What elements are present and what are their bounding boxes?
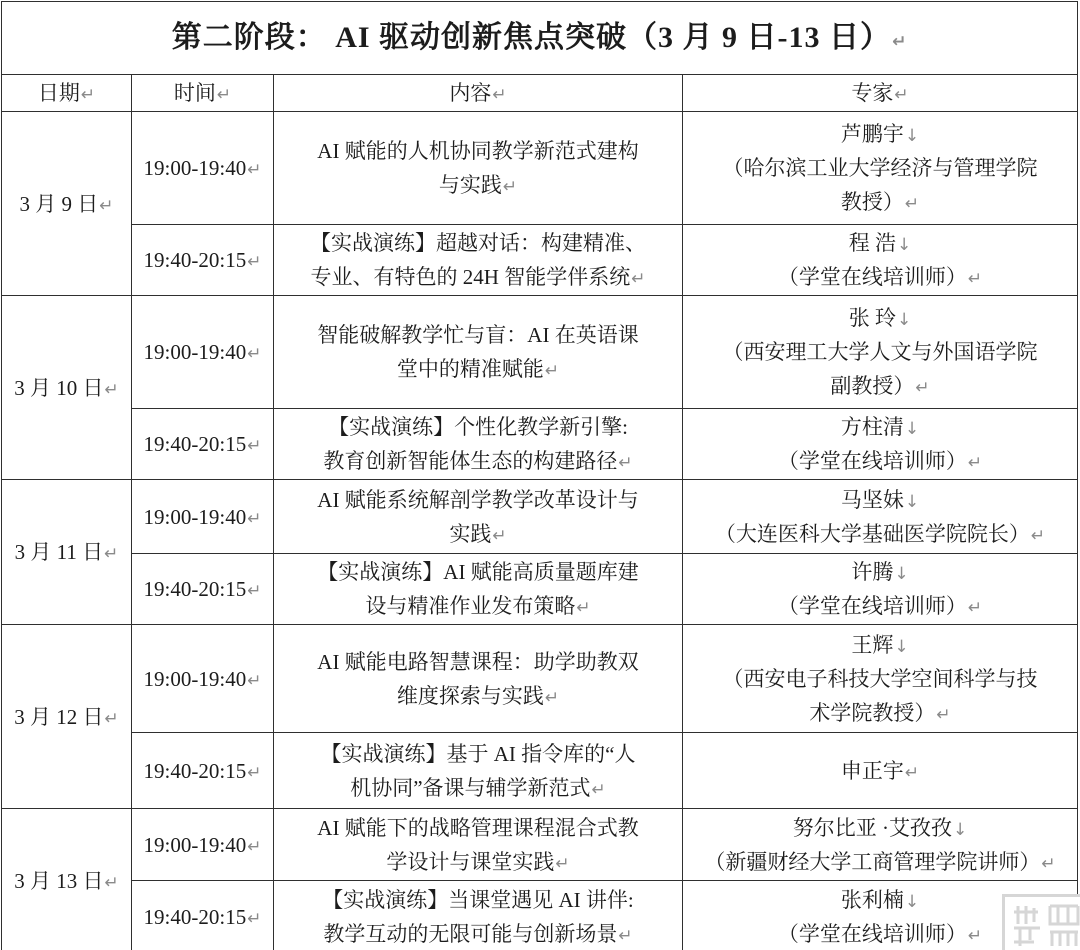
time-cell: 19:40-20:15↵	[132, 881, 274, 950]
linebreak-mark: ↓	[904, 419, 919, 439]
time-cell: 19:00-19:40↵	[132, 480, 274, 554]
paragraph-mark: ↵	[246, 763, 261, 783]
expert-name: 张利楠	[841, 888, 904, 912]
table-row: 19:40-20:15↵【实战演练】个性化教学新引擎:教育创新智能体生态的构建路…	[2, 409, 1078, 480]
content-line: 【实战演练】AI 赋能高质量题库建	[317, 560, 638, 584]
paragraph-mark: ↵	[491, 526, 506, 546]
paragraph-mark: ↵	[246, 837, 261, 857]
content-cell: AI 赋能下的战略管理课程混合式教学设计与课堂实践↵	[274, 809, 683, 881]
expert-name: 程 浩	[849, 231, 896, 255]
linebreak-mark: ↓	[896, 310, 911, 330]
linebreak-mark: ↓	[904, 126, 919, 146]
expert-cell: 王辉↓（西安电子科技大学空间科学与技术学院教授）↵	[683, 625, 1078, 733]
paragraph-mark: ↵	[491, 85, 506, 105]
time-cell: 19:00-19:40↵	[132, 112, 274, 225]
column-header-time: 时间↵	[132, 75, 274, 112]
paragraph-mark: ↵	[246, 160, 261, 180]
expert-name: 申正宇	[841, 759, 904, 783]
time-cell: 19:40-20:15↵	[132, 554, 274, 625]
time-cell: 19:40-20:15↵	[132, 409, 274, 480]
paragraph-mark: ↵	[216, 85, 231, 105]
content-line: AI 赋能电路智慧课程：助学助教双	[317, 650, 638, 674]
time-text: 19:00-19:40	[144, 340, 247, 364]
expert-affiliation-line: 教授）	[841, 190, 904, 214]
content-cell: 【实战演练】个性化教学新引擎:教育创新智能体生态的构建路径↵	[274, 409, 683, 480]
expert-affiliation-line: （哈尔滨工业大学经济与管理学院	[723, 156, 1038, 180]
expert-cell: 张 玲↓（西安理工大学人文与外国语学院副教授）↵	[683, 296, 1078, 409]
paragraph-mark: ↵	[104, 380, 119, 400]
linebreak-mark: ↓	[904, 892, 919, 912]
content-line: 【实战演练】基于 AI 指令库的“人	[321, 742, 636, 766]
paragraph-mark: ↵	[544, 688, 559, 708]
expert-affiliation-line: 术学院教授）	[809, 701, 935, 725]
paragraph-mark: ↵	[967, 598, 982, 618]
content-line: 机协同”备课与辅学新范式	[350, 776, 590, 800]
table-row: 19:40-20:15↵【实战演练】当课堂遇见 AI 讲伴:教学互动的无限可能与…	[2, 881, 1078, 950]
time-text: 19:40-20:15	[144, 248, 247, 272]
content-line: 【实战演练】个性化教学新引擎:	[328, 415, 628, 439]
content-line: AI 赋能下的战略管理课程混合式教	[317, 816, 638, 840]
seal-watermark-icon	[1002, 894, 1080, 950]
time-text: 19:40-20:15	[144, 577, 247, 601]
content-line: 设与精准作业发布策略	[365, 594, 575, 618]
expert-cell: 申正宇↵	[683, 733, 1078, 809]
column-header-content: 内容↵	[274, 75, 683, 112]
table-row: 第二阶段： AI 驱动创新焦点突破（3 月 9 日-13 日）↵	[2, 2, 1078, 75]
table-row: 19:40-20:15↵【实战演练】AI 赋能高质量题库建设与精准作业发布策略↵…	[2, 554, 1078, 625]
content-line: 【实战演练】超越对话：构建精准、	[310, 231, 646, 255]
expert-affiliation-line: （学堂在线培训师）	[778, 594, 967, 618]
paragraph-mark: ↵	[914, 378, 929, 398]
schedule-page: 第二阶段： AI 驱动创新焦点突破（3 月 9 日-13 日）↵ 日期↵ 时间↵…	[0, 0, 1080, 950]
expert-affiliation-line: （新疆财经大学工商管理学院讲师）	[704, 850, 1040, 874]
content-line: 专业、有特色的 24H 智能学伴系统	[311, 265, 631, 289]
paragraph-mark: ↵	[630, 269, 645, 289]
expert-affiliation-line: （大连医科大学基础医学院院长）	[715, 522, 1030, 546]
expert-cell: 马坚妹↓（大连医科大学基础医学院院长）↵	[683, 480, 1078, 554]
paragraph-mark: ↵	[246, 436, 261, 456]
content-line: 堂中的精准赋能	[397, 357, 544, 381]
table-row: 3 月 9 日↵19:00-19:40↵AI 赋能的人机协同教学新范式建构与实践…	[2, 112, 1078, 225]
paragraph-mark: ↵	[502, 177, 517, 197]
time-text: 19:40-20:15	[144, 432, 247, 456]
table-row: 19:40-20:15↵【实战演练】基于 AI 指令库的“人机协同”备课与辅学新…	[2, 733, 1078, 809]
paragraph-mark: ↵	[246, 509, 261, 529]
content-line: 教学互动的无限可能与创新场景	[323, 922, 617, 946]
expert-affiliation-line: （西安理工大学人文与外国语学院	[723, 340, 1038, 364]
time-text: 19:40-20:15	[144, 759, 247, 783]
page-title: 第二阶段： AI 驱动创新焦点突破（3 月 9 日-13 日）↵	[2, 2, 1078, 75]
table-row: 3 月 10 日↵19:00-19:40↵智能破解教学忙与盲：AI 在英语课堂中…	[2, 296, 1078, 409]
expert-affiliation-line: （学堂在线培训师）	[778, 449, 967, 473]
content-cell: 【实战演练】超越对话：构建精准、专业、有特色的 24H 智能学伴系统↵	[274, 225, 683, 296]
content-line: AI 赋能系统解剖学教学改革设计与	[317, 488, 638, 512]
paragraph-mark: ↵	[575, 598, 590, 618]
paragraph-mark: ↵	[591, 780, 606, 800]
paragraph-mark: ↵	[893, 85, 908, 105]
expert-cell: 努尔比亚 ·艾孜孜↓（新疆财经大学工商管理学院讲师）↵	[683, 809, 1078, 881]
content-cell: AI 赋能的人机协同教学新范式建构与实践↵	[274, 112, 683, 225]
date-text: 3 月 13 日	[14, 869, 103, 893]
linebreak-mark: ↓	[952, 820, 967, 840]
paragraph-mark: ↵	[967, 453, 982, 473]
paragraph-mark: ↵	[544, 361, 559, 381]
date-cell: 3 月 9 日↵	[2, 112, 132, 296]
time-text: 19:00-19:40	[144, 505, 247, 529]
expert-affiliation-line: 副教授）	[830, 374, 914, 398]
time-text: 19:00-19:40	[144, 667, 247, 691]
time-cell: 19:00-19:40↵	[132, 809, 274, 881]
expert-name: 方柱清	[841, 415, 904, 439]
expert-cell: 许腾↓（学堂在线培训师）↵	[683, 554, 1078, 625]
date-text: 3 月 11 日	[15, 540, 103, 564]
content-cell: 【实战演练】基于 AI 指令库的“人机协同”备课与辅学新范式↵	[274, 733, 683, 809]
table-row: 3 月 12 日↵19:00-19:40↵AI 赋能电路智慧课程：助学助教双维度…	[2, 625, 1078, 733]
content-line: 智能破解教学忙与盲：AI 在英语课	[317, 323, 638, 347]
date-cell: 3 月 10 日↵	[2, 296, 132, 480]
linebreak-mark: ↓	[896, 235, 911, 255]
paragraph-mark: ↵	[891, 32, 907, 52]
paragraph-mark: ↵	[103, 544, 118, 564]
paragraph-mark: ↵	[617, 453, 632, 473]
linebreak-mark: ↓	[893, 637, 908, 657]
linebreak-mark: ↓	[904, 492, 919, 512]
paragraph-mark: ↵	[967, 269, 982, 289]
content-line: 学设计与课堂实践	[386, 850, 554, 874]
content-line: 维度探索与实践	[397, 684, 544, 708]
date-text: 3 月 10 日	[14, 376, 103, 400]
paragraph-mark: ↵	[246, 252, 261, 272]
time-text: 19:40-20:15	[144, 905, 247, 929]
paragraph-mark: ↵	[246, 581, 261, 601]
paragraph-mark: ↵	[246, 909, 261, 929]
content-cell: AI 赋能系统解剖学教学改革设计与实践↵	[274, 480, 683, 554]
paragraph-mark: ↵	[80, 85, 95, 105]
paragraph-mark: ↵	[904, 763, 919, 783]
table-row: 19:40-20:15↵【实战演练】超越对话：构建精准、专业、有特色的 24H …	[2, 225, 1078, 296]
content-cell: 【实战演练】当课堂遇见 AI 讲伴:教学互动的无限可能与创新场景↵	[274, 881, 683, 950]
expert-affiliation-line: （学堂在线培训师）	[778, 265, 967, 289]
paragraph-mark: ↵	[98, 196, 113, 216]
time-cell: 19:00-19:40↵	[132, 296, 274, 409]
paragraph-mark: ↵	[1040, 854, 1055, 874]
linebreak-mark: ↓	[893, 564, 908, 584]
column-header-expert: 专家↵	[683, 75, 1078, 112]
expert-name: 马坚妹	[841, 488, 904, 512]
paragraph-mark: ↵	[904, 194, 919, 214]
content-line: 实践	[449, 522, 491, 546]
paragraph-mark: ↵	[617, 926, 632, 946]
time-cell: 19:40-20:15↵	[132, 733, 274, 809]
time-text: 19:00-19:40	[144, 156, 247, 180]
content-line: 教育创新智能体生态的构建路径	[323, 449, 617, 473]
paragraph-mark: ↵	[967, 926, 982, 946]
schedule-table: 第二阶段： AI 驱动创新焦点突破（3 月 9 日-13 日）↵ 日期↵ 时间↵…	[1, 1, 1078, 950]
paragraph-mark: ↵	[246, 344, 261, 364]
date-cell: 3 月 13 日↵	[2, 809, 132, 950]
table-row: 3 月 11 日↵19:00-19:40↵AI 赋能系统解剖学教学改革设计与实践…	[2, 480, 1078, 554]
expert-affiliation-line: （西安电子科技大学空间科学与技	[723, 667, 1038, 691]
time-text: 19:00-19:40	[144, 833, 247, 857]
time-cell: 19:00-19:40↵	[132, 625, 274, 733]
content-cell: 【实战演练】AI 赋能高质量题库建设与精准作业发布策略↵	[274, 554, 683, 625]
expert-name: 努尔比亚 ·艾孜孜	[793, 816, 952, 840]
date-text: 3 月 12 日	[14, 705, 103, 729]
expert-name: 许腾	[851, 560, 893, 584]
date-cell: 3 月 11 日↵	[2, 480, 132, 625]
title-text: 第二阶段： AI 驱动创新焦点突破（3 月 9 日-13 日）	[172, 21, 891, 54]
content-cell: 智能破解教学忙与盲：AI 在英语课堂中的精准赋能↵	[274, 296, 683, 409]
expert-cell: 芦鹏宇↓（哈尔滨工业大学经济与管理学院教授）↵	[683, 112, 1078, 225]
expert-name: 张 玲	[849, 306, 896, 330]
column-header-date: 日期↵	[2, 75, 132, 112]
content-line: AI 赋能的人机协同教学新范式建构	[317, 139, 638, 163]
date-text: 3 月 9 日	[20, 192, 99, 216]
table-row: 3 月 13 日↵19:00-19:40↵AI 赋能下的战略管理课程混合式教学设…	[2, 809, 1078, 881]
paragraph-mark: ↵	[246, 671, 261, 691]
expert-name: 芦鹏宇	[841, 122, 904, 146]
content-line: 【实战演练】当课堂遇见 AI 讲伴:	[322, 888, 634, 912]
expert-affiliation-line: （学堂在线培训师）	[778, 922, 967, 946]
paragraph-mark: ↵	[104, 873, 119, 893]
expert-cell: 程 浩↓（学堂在线培训师）↵	[683, 225, 1078, 296]
table-row: 日期↵ 时间↵ 内容↵ 专家↵	[2, 75, 1078, 112]
paragraph-mark: ↵	[1030, 526, 1045, 546]
expert-name: 王辉	[851, 633, 893, 657]
content-line: 与实践	[439, 173, 502, 197]
paragraph-mark: ↵	[104, 709, 119, 729]
date-cell: 3 月 12 日↵	[2, 625, 132, 809]
content-cell: AI 赋能电路智慧课程：助学助教双维度探索与实践↵	[274, 625, 683, 733]
expert-cell: 方柱清↓（学堂在线培训师）↵	[683, 409, 1078, 480]
time-cell: 19:40-20:15↵	[132, 225, 274, 296]
paragraph-mark: ↵	[554, 854, 569, 874]
paragraph-mark: ↵	[935, 705, 950, 725]
